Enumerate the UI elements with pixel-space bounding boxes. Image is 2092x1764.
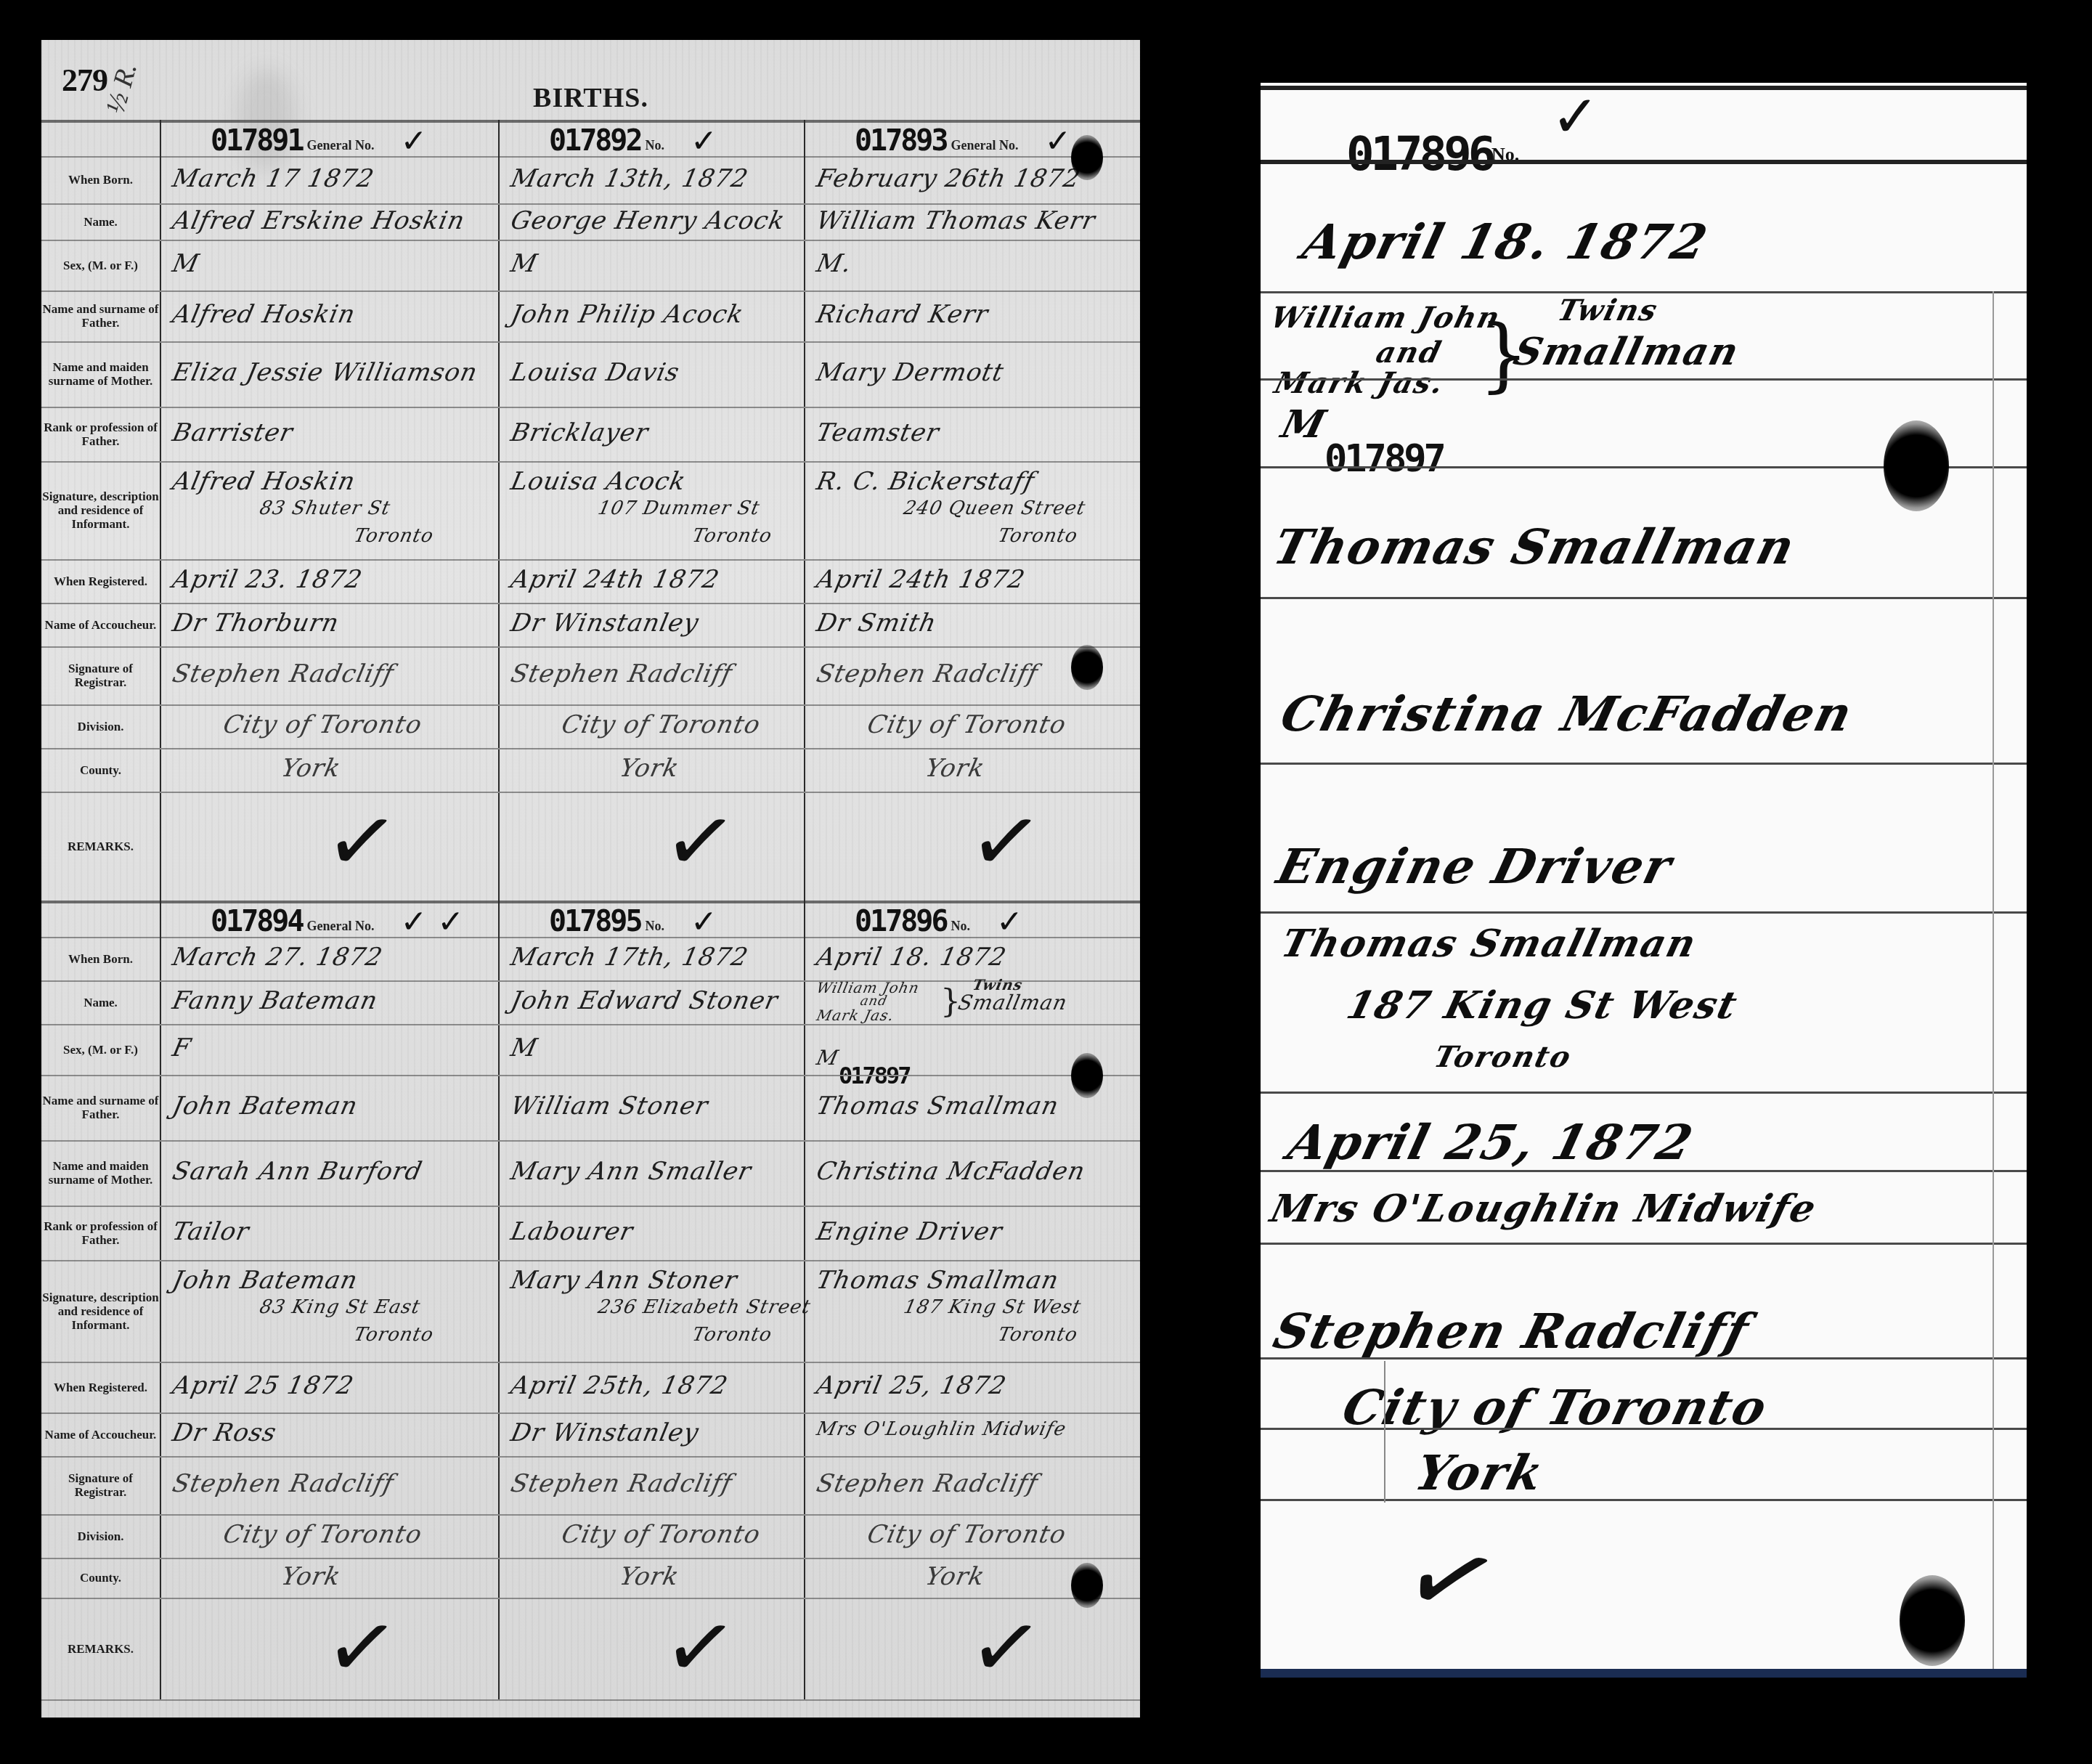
accoucheur-value: Dr Smith [814,609,940,638]
name-value-line3: Mark Jas. [1271,366,1448,400]
registrar-value: Stephen Radcliff [1268,1303,1755,1359]
general-number-label: No. [646,919,665,934]
row-rule [41,1456,1140,1458]
row-label-rank: Rank or profession of Father. [41,1206,160,1260]
row-rule [41,1558,1140,1559]
row-rule [41,559,1140,561]
registrar-value: Stephen Radcliff [508,659,735,688]
when-registered-value: April 25th, 1872 [508,1371,731,1400]
rank-value: Tailor [170,1217,252,1246]
when-registered-value: April 25, 1872 [814,1371,1009,1400]
remarks-check-icon: ✓ [657,1593,744,1704]
punch-hole [1071,1563,1103,1608]
informant-name: Alfred Hoskin [170,467,358,496]
row-rule [41,1514,1140,1516]
rank-value: Teamster [814,418,943,447]
accoucheur-value: Dr Ross [170,1418,280,1447]
mother-value: Louisa Davis [508,358,683,387]
informant-name: John Bateman [170,1266,361,1295]
county-value: York [279,1562,343,1591]
rank-value: Labourer [508,1217,636,1246]
row-rule [41,341,1140,343]
when-registered-value: April 23. 1872 [170,565,365,594]
name-value: Alfred Erskine Hoskin [170,206,468,235]
informant-address: 83 Shuter St [258,497,393,519]
panel-bottom-bar [1261,1669,2027,1678]
name-value: Fanny Bateman [170,986,380,1015]
page-title: BIRTHS. [41,82,1140,114]
row-label-division: Division. [41,704,160,748]
sex-value: M [170,249,202,278]
row-rule [41,1413,1140,1414]
row-label-county: County. [41,748,160,792]
row-label-name: Name. [41,980,160,1024]
general-number-2: 017897 [1324,437,1444,481]
accoucheur-value: Dr Thorburn [170,609,342,638]
column-rule [498,120,500,901]
row-label-name: Name. [41,203,160,240]
when-born-value: February 26th 1872 [814,164,1083,193]
sex-value: M [508,249,540,278]
sex-value: M [1277,402,1331,447]
check-mark-icon: ✓ ✓ [400,906,464,938]
when-born-value: April 18. 1872 [814,943,1009,972]
row-label-registrar: Signature of Registrar. [41,646,160,704]
informant-address: 83 King St East [258,1296,423,1318]
row-label-when-registered: When Registered. [41,559,160,603]
when-born-value: March 13th, 1872 [508,164,752,193]
row-label-informant: Signature, description and residence of … [41,1260,160,1362]
mother-value: Mary Ann Smaller [508,1157,754,1186]
informant-city: Toronto [996,1324,1080,1346]
general-number-header: 017893General No.✓ [855,124,1071,158]
row-rule [41,1206,1140,1207]
when-born-value: April 18. 1872 [1297,214,1714,270]
row-label-county: County. [41,1558,160,1598]
informant-city: Toronto [352,1324,436,1346]
informant-city: Toronto [691,525,774,547]
division-value: City of Toronto [865,1520,1069,1549]
when-born-value: March 17 1872 [170,164,377,193]
general-number-label: General No. [951,138,1019,153]
row-rule [41,203,1140,205]
sex-value: M [508,1033,540,1062]
rule [1261,1092,2027,1094]
row-rule [41,1024,1140,1025]
general-number: 017895 [549,905,641,938]
informant-name: Mary Ann Stoner [508,1266,741,1295]
row-rule [41,748,1140,749]
row-rule [41,1699,1140,1701]
when-born-value: March 27. 1872 [170,943,386,972]
rule [1261,1243,2027,1245]
row-label-remarks: REMARKS. [41,792,160,901]
informant-address: 187 King St West [1342,983,1742,1028]
father-value: John Philip Acock [508,300,746,329]
general-number: 017896 [855,905,947,938]
registrar-value: Stephen Radcliff [170,659,396,688]
row-label-mother: Name and maiden surname of Mother. [41,1140,160,1206]
row-label-when-born: When Born. [41,937,160,980]
mother-value: Christina McFadden [1275,686,1859,742]
general-number: 017893 [855,124,947,158]
general-number-label: General No. [307,138,375,153]
rule [1261,911,2027,914]
header-rule [41,120,1140,123]
row-rule [41,1362,1140,1363]
punch-hole [1071,1053,1103,1098]
informant-city: Toronto [691,1324,774,1346]
when-registered-value: April 25 1872 [170,1371,357,1400]
twins-surname: Smallman [1509,330,1744,374]
punch-hole [1071,135,1103,180]
informant-address: 187 King St West [902,1296,1083,1318]
mother-value: Christina McFadden [814,1157,1088,1186]
column-rule [1993,291,1994,1671]
informant-city: Toronto [352,525,436,547]
header-rule [41,901,1140,903]
division-value: City of Toronto [221,1520,425,1549]
row-label-division: Division. [41,1514,160,1558]
remarks-check-icon: ✓ [963,787,1049,898]
informant-name: Louisa Acock [508,467,689,496]
row-label-accoucheur: Name of Accoucheur. [41,603,160,646]
father-value: Thomas Smallman [814,1092,1062,1121]
general-number: 017894 [211,905,303,938]
rule [1261,86,2027,90]
check-mark-icon: ✓ [1551,83,1600,150]
father-value: Alfred Hoskin [170,300,358,329]
row-label-when-registered: When Registered. [41,1362,160,1413]
accoucheur-value: Dr Winstanley [508,609,701,638]
informant-city: Toronto [1430,1040,1576,1074]
row-rule [41,1260,1140,1261]
twins-label: Twins [1554,293,1661,328]
row-rule [41,407,1140,408]
general-number-header: 017891General No.✓ [211,124,427,158]
when-registered-value: April 24th 1872 [814,565,1028,594]
row-rule [41,461,1140,463]
remarks-check-icon: ✓ [963,1593,1049,1704]
row-rule [41,1140,1140,1142]
punch-hole [1900,1575,1965,1666]
rule [1261,1428,2027,1430]
general-number: 017891 [211,124,303,158]
register-page-scan: 279 ½ R. BIRTHS. 017891General No.✓01789… [41,40,1140,1718]
name-value: John Edward Stoner [508,986,781,1015]
check-mark-icon: ✓ [691,906,717,938]
general-number: 017896 [1346,128,1492,182]
informant-name: R. C. Bickerstaff [814,467,1038,496]
row-label-when-born: When Born. [41,156,160,203]
county-value: York [1409,1444,1550,1501]
informant-name: Thomas Smallman [814,1266,1062,1295]
row-label-sex: Sex, (M. or F.) [41,1024,160,1075]
father-value: Thomas Smallman [1268,519,1801,575]
general-number-label: No. [646,138,665,153]
general-number-label: General No. [307,919,375,934]
rank-value: Engine Driver [1271,838,1678,895]
check-mark-icon: ✓ [996,906,1023,938]
row-label-mother: Name and maiden surname of Mother. [41,341,160,407]
rule [1261,1499,2027,1501]
division-value: City of Toronto [865,710,1069,739]
punch-hole [1071,645,1103,690]
row-label-rank: Rank or profession of Father. [41,407,160,461]
accoucheur-value: Dr Winstanley [508,1418,701,1447]
general-number-header: 017894General No.✓ ✓ [211,905,464,938]
row-label-father: Name and surname of Father. [41,1075,160,1140]
rule [1261,378,2027,381]
registrar-value: Stephen Radcliff [814,1469,1041,1498]
general-number-header: 017896No.✓ [855,905,1023,938]
rule [1261,1357,2027,1359]
general-number-header: 017895No.✓ [549,905,717,938]
father-value: Richard Kerr [814,300,991,329]
general-number: 017892 [549,124,641,158]
row-rule [41,290,1140,292]
row-rule [41,704,1140,706]
remarks-check-icon: ✓ [1387,1505,1516,1655]
informant-address: 240 Queen Street [902,497,1088,519]
fold-crease [1384,1361,1385,1503]
sex-value: F [170,1033,194,1062]
row-label-accoucheur: Name of Accoucheur. [41,1413,160,1456]
remarks-check-icon: ✓ [319,1593,405,1704]
name-value-line3: Mark Jas. [815,1007,895,1024]
remarks-check-icon: ✓ [657,787,744,898]
mother-value: Eliza Jessie Williamson [170,358,481,387]
row-rule [41,1075,1140,1076]
sex-value: M [814,1046,841,1070]
rule [1261,597,2027,599]
county-value: York [923,754,988,783]
column-rule [160,120,161,901]
informant-name: Thomas Smallman [1277,922,1701,966]
name-value-line1: William John [1267,301,1505,335]
county-value: York [279,754,343,783]
rank-value: Barrister [170,418,296,447]
column-rule [160,901,161,1699]
general-number-header: 017892No.✓ [549,124,717,158]
mother-value: Sarah Ann Burford [170,1157,426,1186]
father-value: William Stoner [508,1092,711,1121]
row-label-registrar: Signature of Registrar. [41,1456,160,1514]
row-rule [41,240,1140,241]
row-label-father: Name and surname of Father. [41,290,160,341]
check-mark-icon: ✓ [691,126,717,158]
division-value: City of Toronto [559,1520,763,1549]
accoucheur-value: Mrs O'Loughlin Midwife [1266,1187,1821,1231]
registrar-value: Stephen Radcliff [508,1469,735,1498]
father-value: John Bateman [170,1092,361,1121]
informant-address: 107 Dummer St [596,497,762,519]
sex-value: M. [814,249,855,278]
accoucheur-value: Mrs O'Loughlin Midwife [815,1418,1068,1440]
rule [1261,160,2027,164]
name-value: George Henry Acock [508,206,788,235]
check-mark-icon: ✓ [400,126,427,158]
rule [1261,1170,2027,1172]
informant-city: Toronto [996,525,1080,547]
county-value: York [923,1562,988,1591]
rank-value: Engine Driver [814,1217,1006,1246]
row-rule [41,646,1140,648]
division-value: City of Toronto [559,710,763,739]
mother-value: Mary Dermott [814,358,1007,387]
rank-value: Bricklayer [508,418,651,447]
remarks-check-icon: ✓ [319,787,405,898]
column-rule [804,120,805,901]
rule [1261,763,2027,765]
punch-hole [1884,420,1949,511]
informant-address: 236 Elizabeth Street [596,1296,813,1318]
county-value: York [617,1562,682,1591]
row-rule [41,603,1140,604]
when-born-value: March 17th, 1872 [508,943,752,972]
when-registered-value: April 25, 1872 [1282,1114,1699,1171]
column-rule [498,901,500,1699]
name-value: William Thomas Kerr [814,206,1099,235]
registrar-value: Stephen Radcliff [814,659,1041,688]
check-mark-icon: ✓ [1044,126,1071,158]
division-value: City of Toronto [221,710,425,739]
when-registered-value: April 24th 1872 [508,565,723,594]
magnified-record-panel: 017896 No. ✓ April 18. 1872 William John… [1261,83,2027,1678]
row-label-remarks: REMARKS. [41,1598,160,1699]
row-label-informant: Signature, description and residence of … [41,461,160,559]
row-label-sex: Sex, (M. or F.) [41,240,160,290]
twins-surname: Smallman [956,991,1070,1015]
registrar-value: Stephen Radcliff [170,1469,396,1498]
general-number-label: No. [951,919,971,934]
county-value: York [617,754,682,783]
name-value-line2: and [1372,336,1446,370]
